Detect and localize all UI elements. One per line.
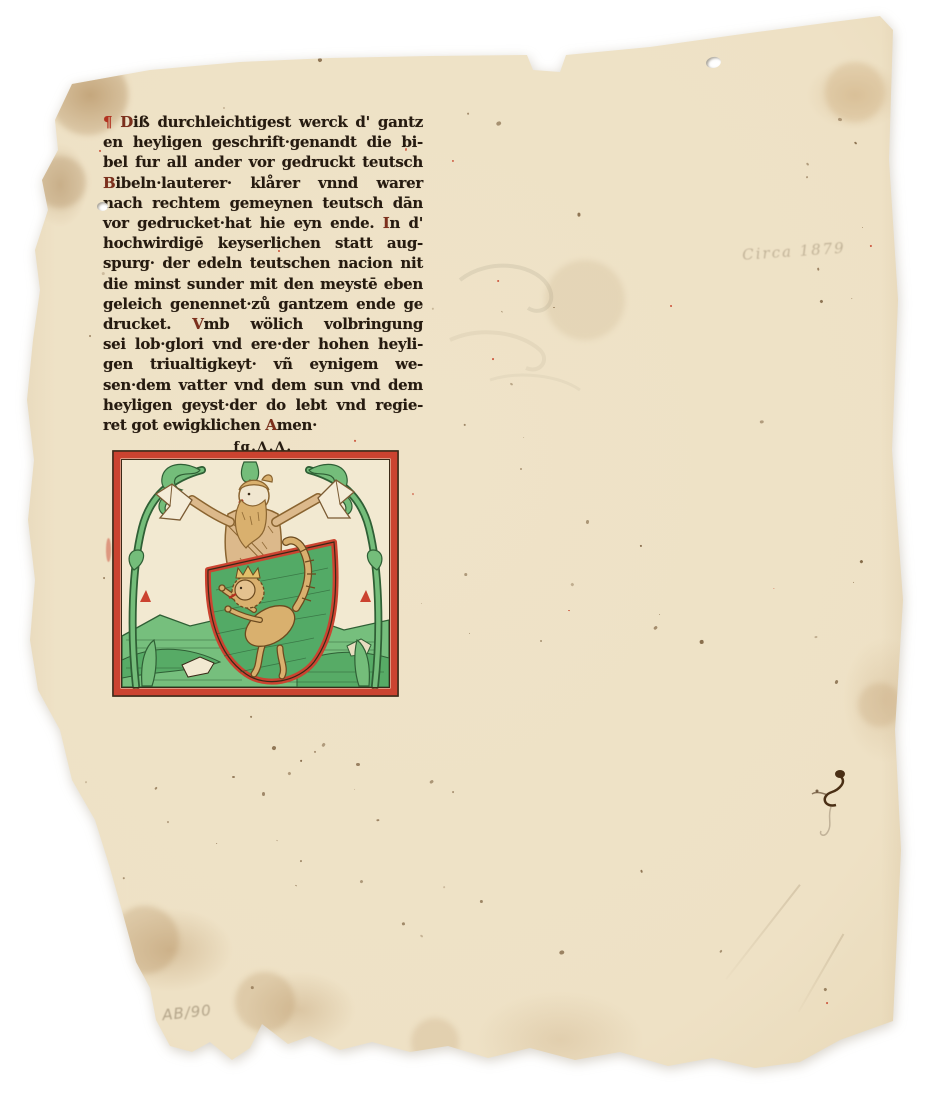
colophon-line: sei lob·glori vnd ere·der hohen heyli- — [103, 334, 423, 354]
colophon-line: ret got ewigklichen Amen· — [103, 415, 423, 435]
woodcut-svg — [112, 450, 399, 697]
colophon-line: die minst sunder mit den meystē eben — [103, 274, 423, 294]
red-paint-smear — [106, 538, 111, 562]
colophon-line: geleich genennet·zů gantzem ende ge — [103, 294, 423, 314]
colophon-line: bel fur all ander vor gedruckt teutsch — [103, 152, 423, 172]
ink-squiggle-mark — [795, 765, 875, 845]
colophon-line: ¶ Diß durchleichtigest werck d' gantz — [103, 112, 423, 132]
colophon-line: hochwirdigē keyserlichen statt aug- — [103, 233, 423, 253]
photograph-background: ¶ Diß durchleichtigest werck d' gantzen … — [0, 0, 927, 1100]
colophon-line: gen triualtigkeyt· vñ eynigem we- — [103, 354, 423, 374]
colophon-text-block: ¶ Diß durchleichtigest werck d' gantzen … — [103, 112, 423, 458]
colophon-line: spurg· der edeln teutschen nacion nit — [103, 253, 423, 273]
lion-head — [235, 580, 255, 600]
crease-line — [725, 884, 800, 980]
incunable-leaf: ¶ Diß durchleichtigest werck d' gantzen … — [0, 0, 927, 1100]
colophon-lines: ¶ Diß durchleichtigest werck d' gantzen … — [103, 112, 423, 435]
colophon-line: sen·dem vatter vnd dem sun vnd dem — [103, 375, 423, 395]
colophon-line: vor gedrucket·hat hie eyn ende. In d' — [103, 213, 423, 233]
colophon-line: en heyligen geschrift·genandt die bi- — [103, 132, 423, 152]
ghost-offset-marks — [430, 250, 690, 410]
colophon-line: heyligen geyst·der do lebt vnd regie- — [103, 395, 423, 415]
colophon-line: Bibeln·lauterer· klårer vnnd warer — [103, 173, 423, 193]
pencil-inscription-top-right: Circa 1879 — [742, 234, 913, 264]
colophon-line: nach rechtem gemeynen teutsch dān — [103, 193, 423, 213]
paper-hole-top-right — [705, 56, 722, 70]
paper-hole-left-edge — [97, 202, 108, 211]
colophon-line: drucket. Vmb wölich volbringung — [103, 314, 423, 334]
leaf-shadow-wrap: ¶ Diß durchleichtigest werck d' gantzen … — [0, 0, 927, 1100]
crease-line — [798, 934, 845, 1013]
woodcut-illustration — [112, 450, 399, 697]
